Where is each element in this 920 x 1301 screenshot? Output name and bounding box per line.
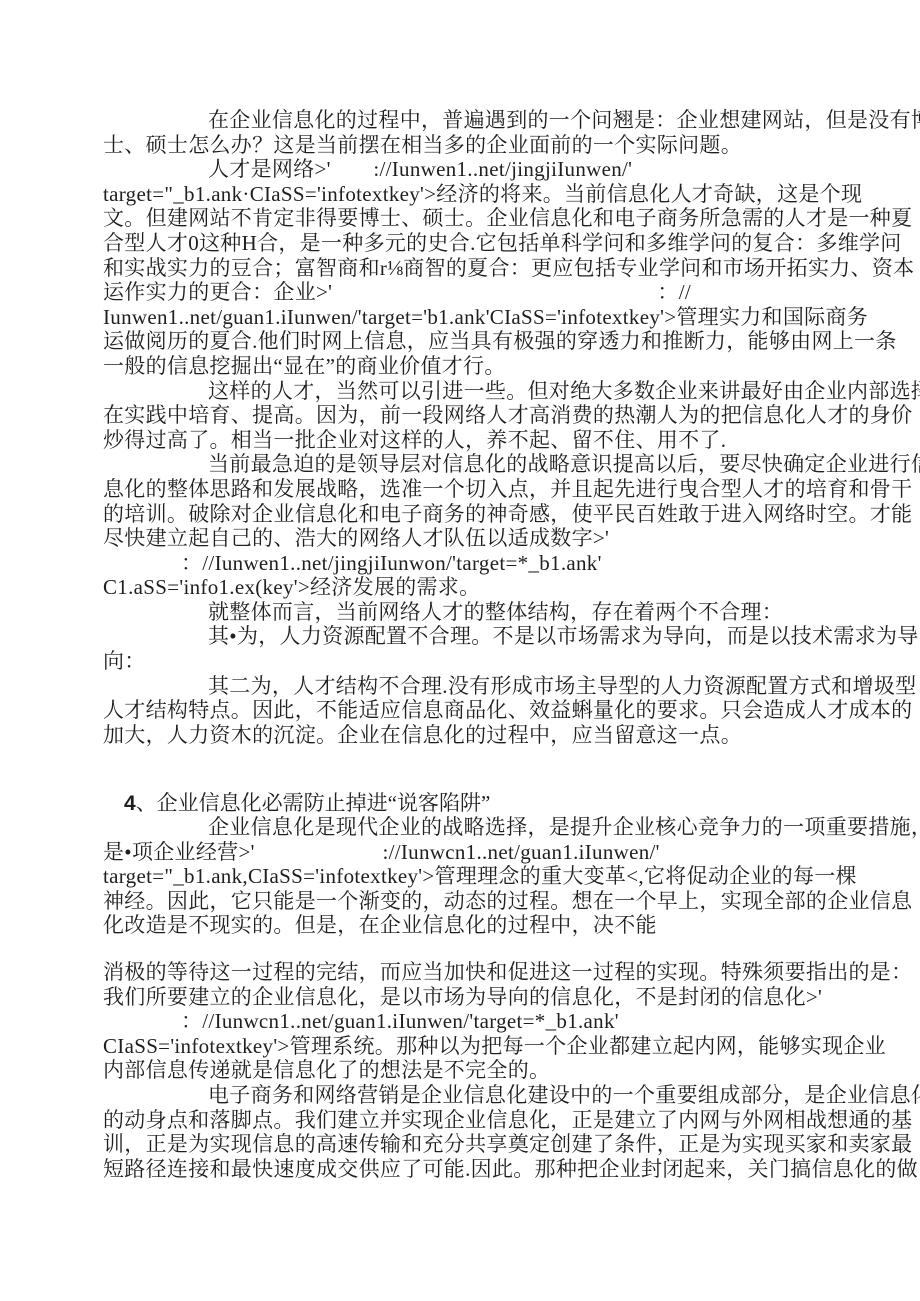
text-line: 的培训。破除对企业信息化和电子商务的神奇感，使平民百姓敢于进入网络时空。才能 bbox=[103, 502, 817, 527]
heading-number: 4 bbox=[124, 792, 136, 815]
text-line: 当前最急迫的是领导层对信息化的战略意识提高以后，要尽快确定企业进行信 bbox=[103, 452, 817, 477]
text-line: 的动身点和落脚点。我们建立并实现企业信息化，正是建立了内网与外网相战想通的基 bbox=[103, 1108, 817, 1133]
text-line-left: 运作实力的更合：企业>' bbox=[103, 280, 332, 305]
text-line: 电子商务和网络营销是企业信息化建设中的一个重要组成部分，是企业信息化 bbox=[103, 1083, 817, 1108]
document-page: { "page": { "background": "#ffffff", "te… bbox=[0, 0, 920, 1301]
text-line: 内部信息传递就是信息化了的想法是不完全的。 bbox=[103, 1058, 817, 1083]
text-line: 向： bbox=[103, 649, 817, 674]
text-line: 息化的整体思路和发展战略，选准一个切入点，并且起先进行曳合型人才的培育和骨干 bbox=[103, 477, 817, 502]
text-line: 炒得过高了。相当一批企业对这样的人，养不起、留不住、用不了. bbox=[103, 428, 817, 453]
text-line: 合型人才0这种H合，是一种多元的史合.它包括单科学问和多维学问的复合：多维学问 bbox=[103, 231, 817, 256]
text-line-right: ：// bbox=[657, 280, 691, 305]
text-line: 在企业信息化的过程中，普遍遇到的一个问翘是：企业想建网站，但是没有博 bbox=[103, 108, 817, 133]
text-line: 消极的等待这一过程的完结，而应当加快和促进这一过程的实现。特殊须要指出的是： bbox=[103, 960, 817, 985]
text-line: ：//Iunwcn1..net/guan1.iIunwen/'target=*_… bbox=[103, 1009, 817, 1034]
vertical-spacer bbox=[103, 938, 817, 960]
heading-text: 、企业信息化必需防止掉进“说客陷阱” bbox=[136, 791, 491, 815]
text-line: target="_b1.ank·CIaSS='infotextkey'>经济的将… bbox=[103, 182, 817, 207]
text-line: 运做阅历的夏合.他们时网上信息，应当具有极强的穿透力和推断力，能够由网上一条 bbox=[103, 329, 817, 354]
text-line: target="_b1.ank,CIaSS='infotextkey'>管理理念… bbox=[103, 864, 817, 889]
text-line: 神经。因此，它只能是一个渐变的，动态的过程。想在一个早上，实现全部的企业信息 bbox=[103, 889, 817, 914]
text-line: 化改造是不现实的。但是，在企业信息化的过程中，决不能 bbox=[103, 913, 817, 938]
text-line: 尽快建立起自己的、浩大的网络人才队伍以适成数字>' bbox=[103, 526, 817, 551]
text-line: 士、硕士怎么办？这是当前摆在相当多的企业面前的一个实际问题。 bbox=[103, 133, 817, 158]
text-line: 这样的人才，当然可以引进一些。但对绝大多数企业来讲最好由企业内部选择， bbox=[103, 379, 817, 404]
text-line: 加大，人力资木的沉淀。企业在信息化的过程中，应当留意这一点。 bbox=[103, 723, 817, 748]
text-line: 训，正是为实现信息的高速传输和充分共享奠定创建了条件，正是为实现买家和卖家最 bbox=[103, 1132, 817, 1157]
text-line: 企业信息化是现代企业的战略选择，是提升企业核心竞争力的一项重要措施， bbox=[103, 815, 817, 840]
text-line: 运作实力的更合：企业>' ：// bbox=[103, 280, 817, 305]
text-line: 在实践中培育、提高。因为，前一段网络人才高消费的热潮人为的把信息化人才的身价 bbox=[103, 403, 817, 428]
text-line: 人才结构特点。因此，不能适应信息商品化、效益蝌量化的要求。只会造成人才成本的 bbox=[103, 698, 817, 723]
text-line: 一般的信息挖掘出“显在”的商业价值才行。 bbox=[103, 354, 817, 379]
text-line: 其•为，人力资源配置不合理。不是以市场需求为导向，而是以技术需求为导 bbox=[103, 624, 817, 649]
section-heading: 4、企业信息化必需防止掉进“说客陷阱” bbox=[103, 766, 817, 791]
text-line: 其二为，人才结构不合理.没有形成市场主导型的人力资源配置方式和增圾型 bbox=[103, 674, 817, 699]
text-line: 我们所要建立的企业信息化，是以市场为导向的信息化，不是封闭的信息化>' bbox=[103, 985, 817, 1010]
text-line: C1.aSS='info1.ex(key'>经济发展的需求。 bbox=[103, 575, 817, 600]
text-line: 短路径连接和最快速度成交供应了可能.因此。那种把企业封闭起来，关门搞信息化的做 bbox=[103, 1157, 817, 1182]
document-body: 在企业信息化的过程中，普遍遇到的一个问翘是：企业想建网站，但是没有博 士、硕士怎… bbox=[103, 108, 817, 1181]
text-line: ：//Iunwen1..net/jingjiIunwon/'target=*_b… bbox=[103, 551, 817, 576]
text-line: 是•项企业经营>' ://Iunwcn1..net/guan1.iIunwen/… bbox=[103, 840, 817, 865]
text-line: 就整体而言，当前网络人才的整体结构，存在着两个不合理： bbox=[103, 600, 817, 625]
text-line: 和实战实力的豆合；富智商和r⅛商智的夏合：更应包括专业学问和市场开拓实力、资本 bbox=[103, 256, 817, 281]
text-line: 人才是网络>' ://Iunwen1..net/jingjiIunwen/' bbox=[103, 157, 817, 182]
vertical-spacer bbox=[103, 747, 817, 766]
text-line: 文。但建网站不肯定非得要博士、硕士。企业信息化和电子商务所急需的人才是一种夏 bbox=[103, 206, 817, 231]
text-line: Iunwen1..net/guan1.iIunwen/'target='b1.a… bbox=[103, 305, 817, 330]
text-line: CIaSS='infotextkey'>管理系统。那种以为把每一个企业都建立起内… bbox=[103, 1034, 817, 1059]
